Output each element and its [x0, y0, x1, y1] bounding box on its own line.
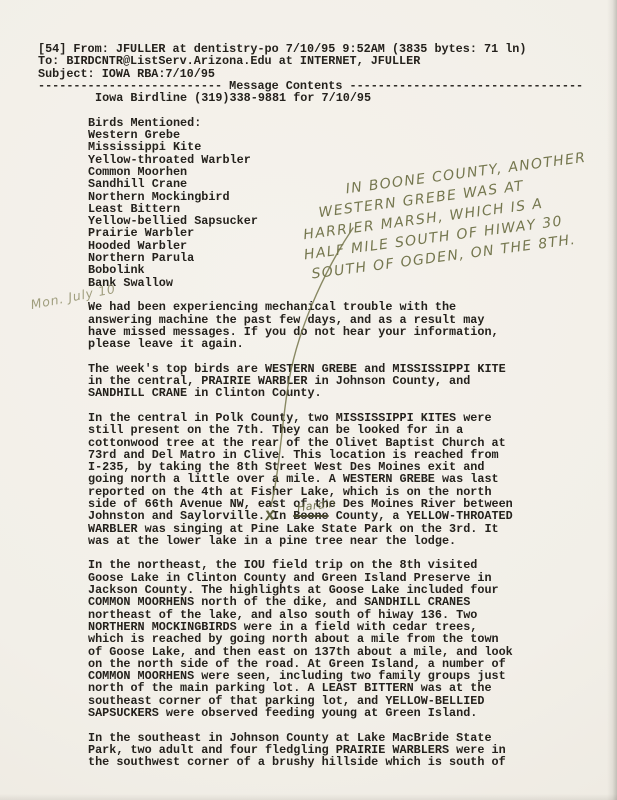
birdline-title: Iowa Birdline (319)338-9881 for 7/10/95	[95, 92, 583, 104]
paragraph-answering-machine: We had been experiencing mechanical trou…	[88, 301, 583, 350]
typed-text-flow: [54] From: JFULLER at dentistry-po 7/10/…	[38, 43, 583, 769]
paragraph-southeast-region: In the southeast in Johnson County at La…	[88, 732, 583, 769]
scan-edge-right	[607, 0, 617, 800]
paragraph-northeast-region: In the northeast, the IOU field trip on …	[88, 559, 583, 719]
bird-list-item: Mississippi Kite	[88, 141, 583, 153]
paragraph-top-birds: The week's top birds are WESTERN GREBE a…	[88, 363, 583, 400]
paragraph-central-region: In the central in Polk County, two MISSI…	[88, 412, 583, 547]
scan-edge-bottom	[0, 794, 617, 800]
email-to-line: To: BIRDCNTR@ListServ.Arizona.Edu at INT…	[38, 55, 583, 67]
scanned-email-page: [54] From: JFULLER at dentistry-po 7/10/…	[0, 0, 617, 800]
handwritten-x-mark: X	[264, 511, 272, 524]
